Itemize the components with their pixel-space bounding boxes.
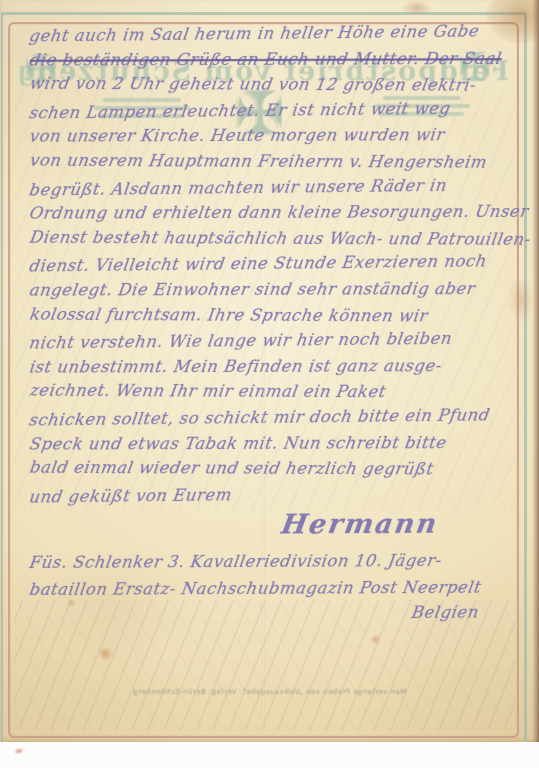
- handwritten-line: die beständigen Grüße an Euch und Mutter…: [28, 49, 520, 70]
- handwritten-line: von unserem Hauptmann Freiherrn v. Henge…: [28, 151, 519, 172]
- signature: Hermann: [279, 507, 539, 541]
- handwritten-line: wird von 2 Uhr geheizt und von 12 großen…: [28, 74, 519, 95]
- scanned-letter-page: Feldpostbrief vom Schützengraben ✠ ✠ ✠ g…: [0, 0, 539, 768]
- address-line: bataillon Ersatz- Nachschubmagazin Post …: [28, 578, 520, 600]
- handwritten-line: ist unbestimmt. Mein Befinden ist ganz a…: [28, 356, 520, 377]
- scan-background: [0, 742, 539, 768]
- handwritten-line: angelegt. Die Einwohner sind sehr anstän…: [28, 279, 520, 300]
- paper-crease: [262, 340, 265, 730]
- handwritten-line: Ordnung und erhielten dann kleine Besorg…: [28, 202, 520, 223]
- page-edge-shadow: [532, 0, 539, 742]
- address-line: Belgien: [410, 603, 480, 622]
- printer-imprint-mirrored: Man verlange Proben von „Volksausgabe“. …: [0, 688, 539, 696]
- address-line: Füs. Schlenker 3. Kavalleriedivision 10.…: [28, 551, 520, 573]
- handwritten-line: kolossal furchtsam. Ihre Sprache können …: [28, 305, 519, 326]
- handwritten-line: bald einmal wieder und seid herzlich geg…: [28, 458, 519, 479]
- handwritten-line: von unserer Kirche. Heute morgen wurden …: [28, 126, 520, 147]
- handwritten-line: Speck und etwas Tabak mit. Nun schreibt …: [28, 433, 520, 454]
- handwritten-line: Dienst besteht hauptsächlich aus Wach- u…: [28, 228, 519, 249]
- handwritten-line: zeichnet. Wenn Ihr mir einmal ein Paket: [28, 381, 519, 402]
